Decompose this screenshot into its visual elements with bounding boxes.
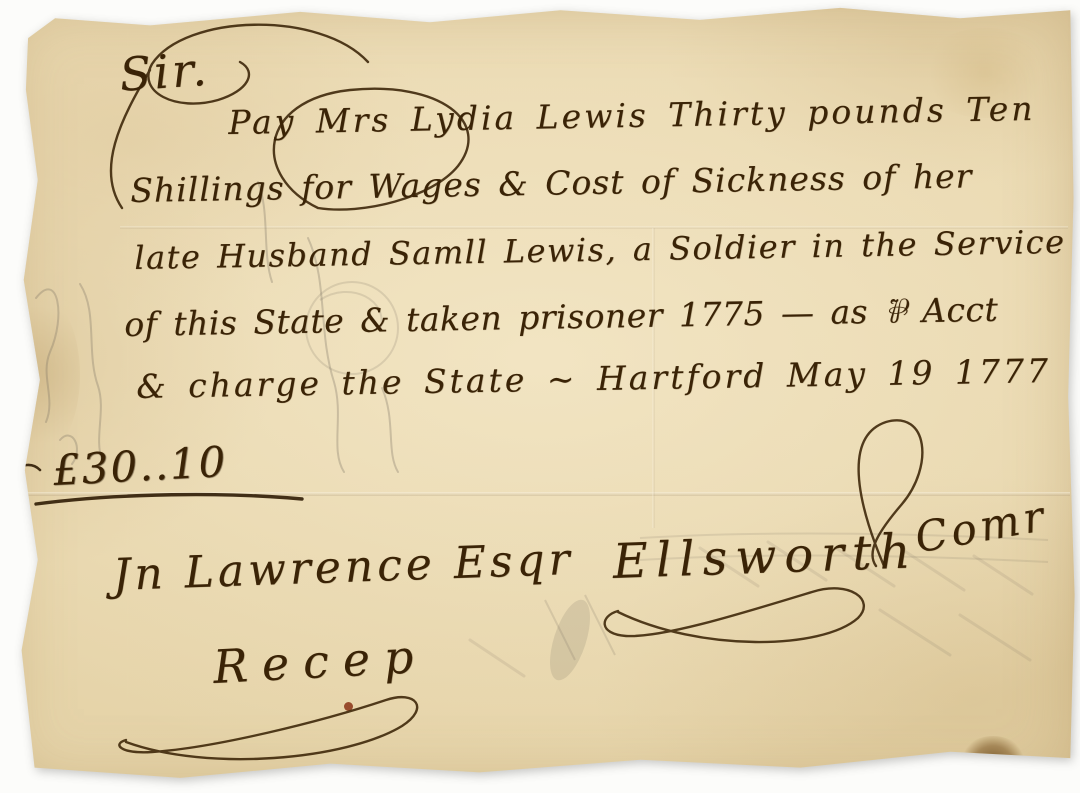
amount-lead-tick [14,465,40,472]
photo-canvas: Sir. Pay Mrs Lydia Lewis Thirty pounds T… [0,0,1080,793]
horizontal-fold-crease-lower [14,492,1070,496]
docket-flourish [119,697,417,759]
ink-spot-red [344,702,353,711]
signature-flourish [605,588,864,642]
body-line-3: late Husband Samll Lewis, a Soldier in t… [134,226,1066,274]
document-paper: Sir. Pay Mrs Lydia Lewis Thirty pounds T… [0,0,1080,793]
signature-title: Comr [912,495,1051,560]
addressee-name: Jn Lawrence Esqr [112,538,574,598]
body-line-5: & charge the State ~ Hartford May 19 177… [136,353,1080,403]
paper-stain-left [0,290,80,460]
body-line-1: Pay Mrs Lydia Lewis Thirty pounds Ten [228,92,1036,139]
body-line-2: Shillings for Wages & Cost of Sickness o… [130,159,973,207]
body-line-4: of this State & taken prisoner 1775 — as… [124,293,998,341]
signature-name: Ellsworth [612,527,919,586]
receipt-docket: Recep [212,633,428,690]
amount-total: £30..10 [52,441,228,492]
paper-shadow: Sir. Pay Mrs Lydia Lewis Thirty pounds T… [0,0,1080,793]
paper-stain-bottom-edge [958,736,1028,792]
salutation: Sir. [118,46,211,98]
